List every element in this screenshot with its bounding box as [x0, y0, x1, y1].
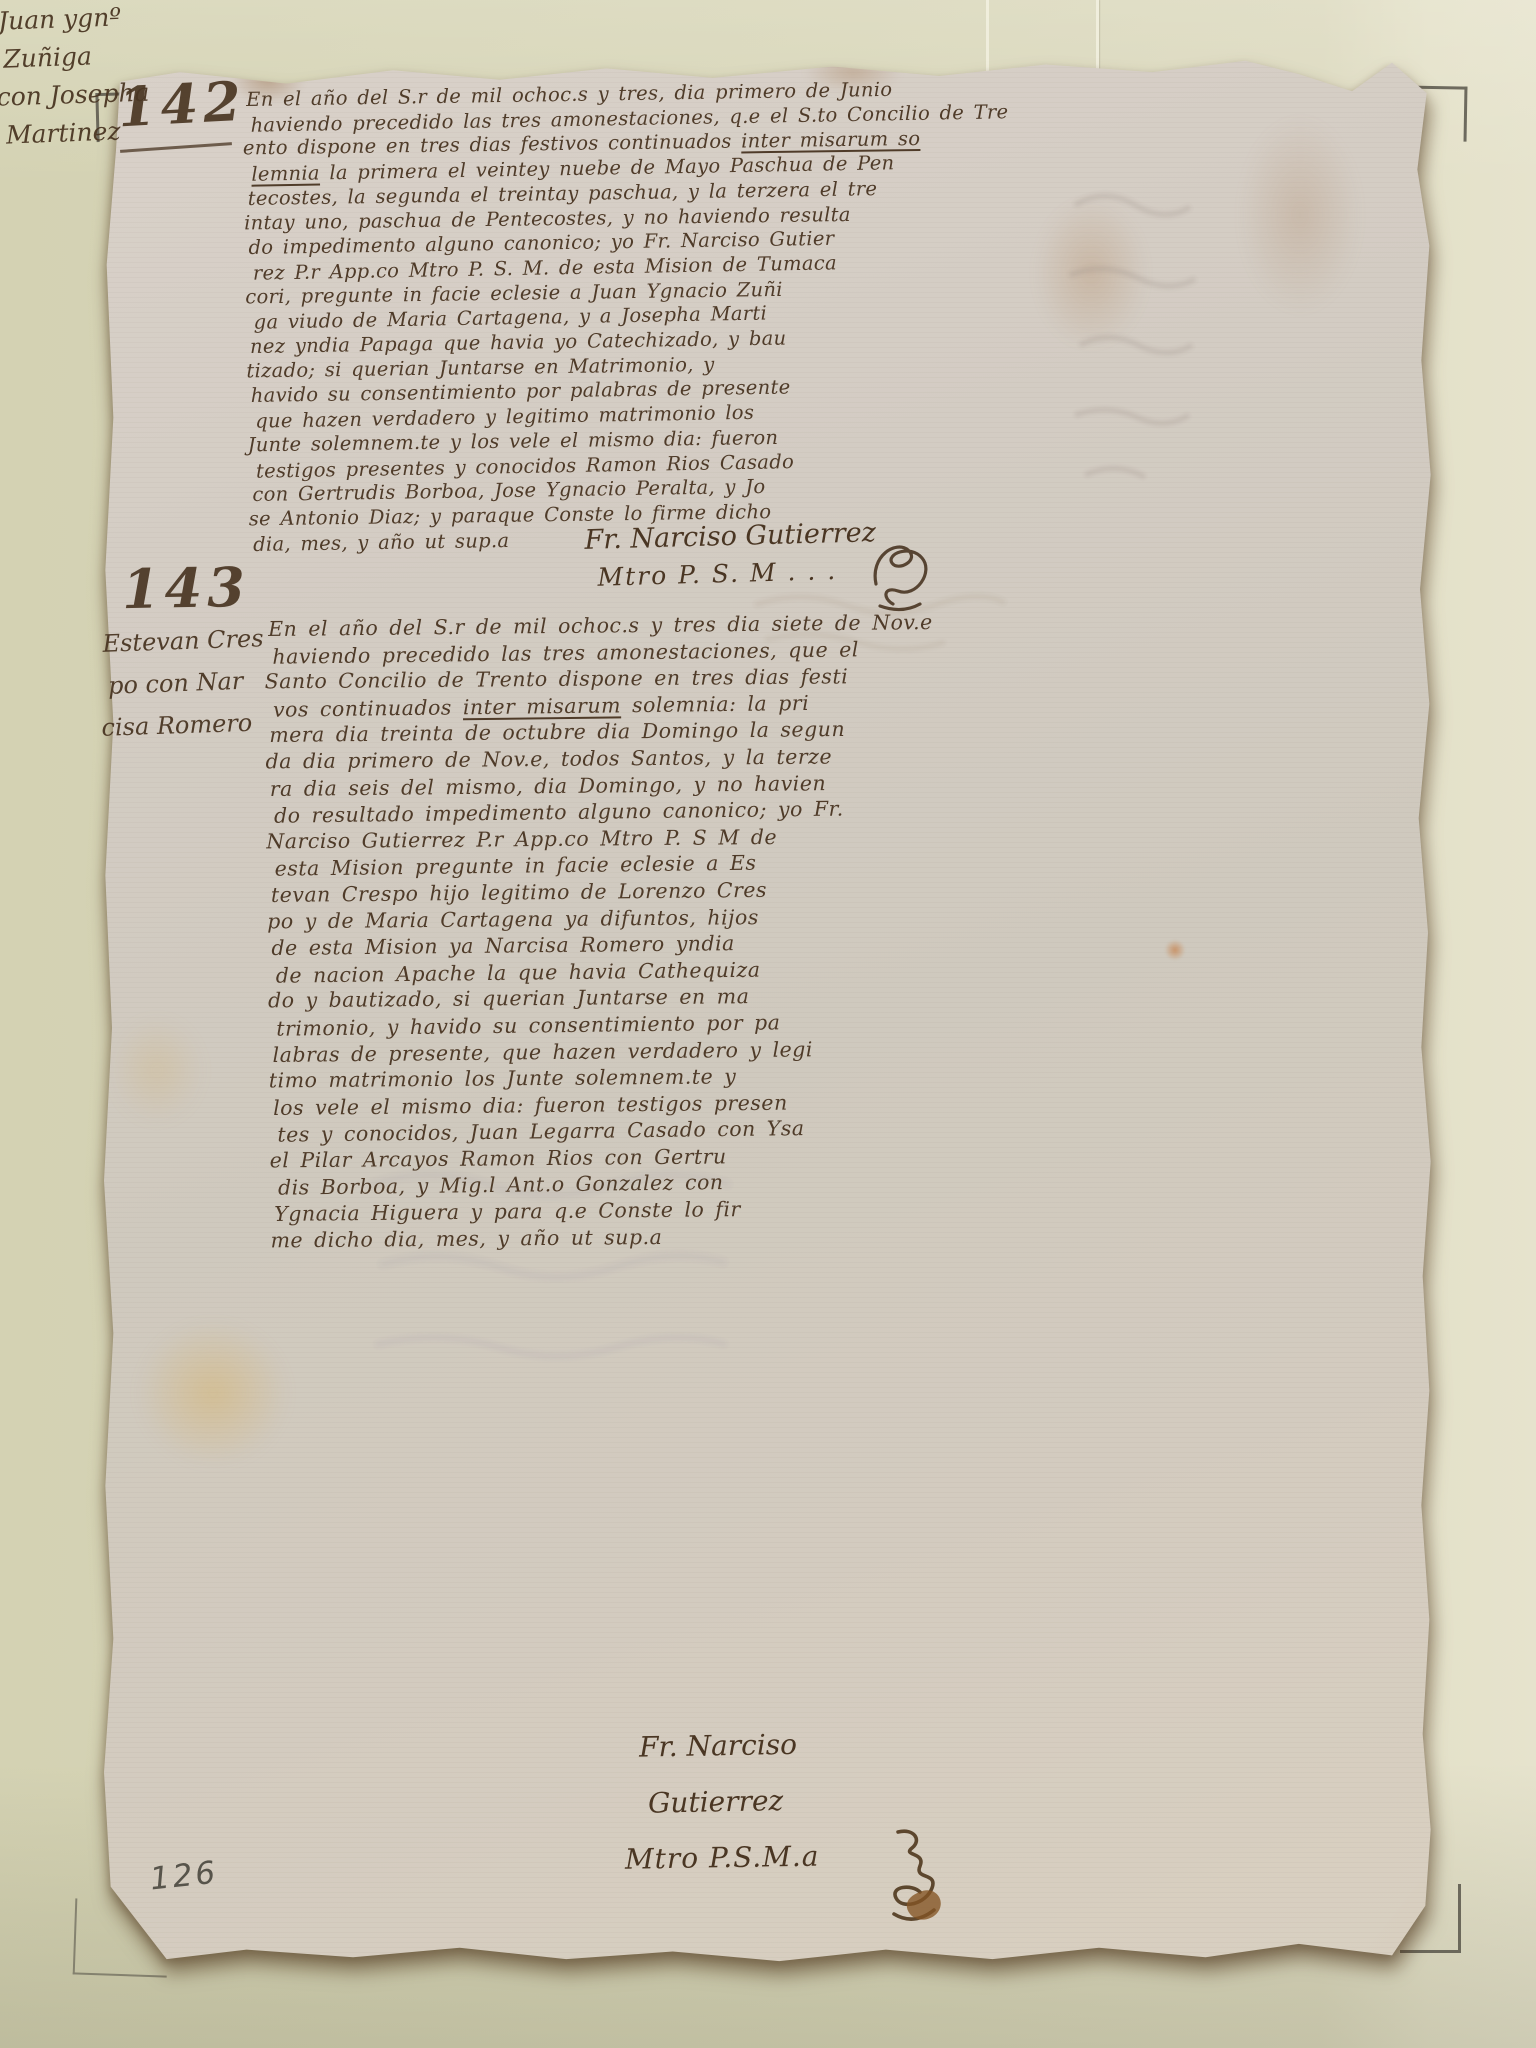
- notary-rubric-flourish: [868, 1826, 958, 1934]
- handwritten-line: Fr. Narciso: [639, 1716, 822, 1775]
- notary-rubric-flourish: [866, 536, 938, 614]
- handwritten-line: Estevan Cres: [102, 617, 264, 665]
- handwritten-line: cisa Romero: [101, 701, 263, 748]
- handwritten-line: Martinez: [5, 111, 159, 155]
- handwritten-line: po y de Maria Cartagena ya difuntos, hij…: [267, 902, 977, 935]
- handwritten-line: po con Nar: [107, 659, 269, 707]
- pencil-page-number: 126: [148, 1855, 220, 1898]
- entry-body-text: En el año del S.r de mil ochoc.s y tres,…: [246, 77, 983, 558]
- handwritten-line: con Josepha: [0, 74, 150, 117]
- manuscript-photo: 142 Juan ygnºZuñigacon JosephaMartinez E…: [0, 0, 1536, 2048]
- handwritten-line: Mtro P.S.M.a: [625, 1829, 820, 1888]
- signature-block: Fr. NarcisoGutierrezMtro P.S.M.a: [639, 1716, 824, 1887]
- margin-names: Juan ygnºZuñigacon JosephaMartinez: [0, 0, 155, 155]
- margin-names: Estevan Crespo con Narcisa Romero: [102, 617, 267, 749]
- handwritten-line: me dicho dia, mes, y año ut sup.a: [270, 1221, 980, 1254]
- handwriting-layer: 142 Juan ygnºZuñigacon JosephaMartinez E…: [0, 0, 1536, 2048]
- handwritten-line: Gutierrez: [647, 1772, 827, 1831]
- entry-number: 143: [121, 555, 250, 621]
- handwritten-line: Zuñiga: [3, 35, 157, 79]
- signature-block: Fr. Narciso GutierrezMtro P. S. M . . .: [584, 514, 877, 596]
- entry-body-text: En el año del S.r de mil ochoc.s y tres …: [268, 609, 985, 1255]
- handwritten-line: Mtro P. S. M . . .: [597, 551, 881, 596]
- handwritten-line: Juan ygnº: [0, 0, 151, 41]
